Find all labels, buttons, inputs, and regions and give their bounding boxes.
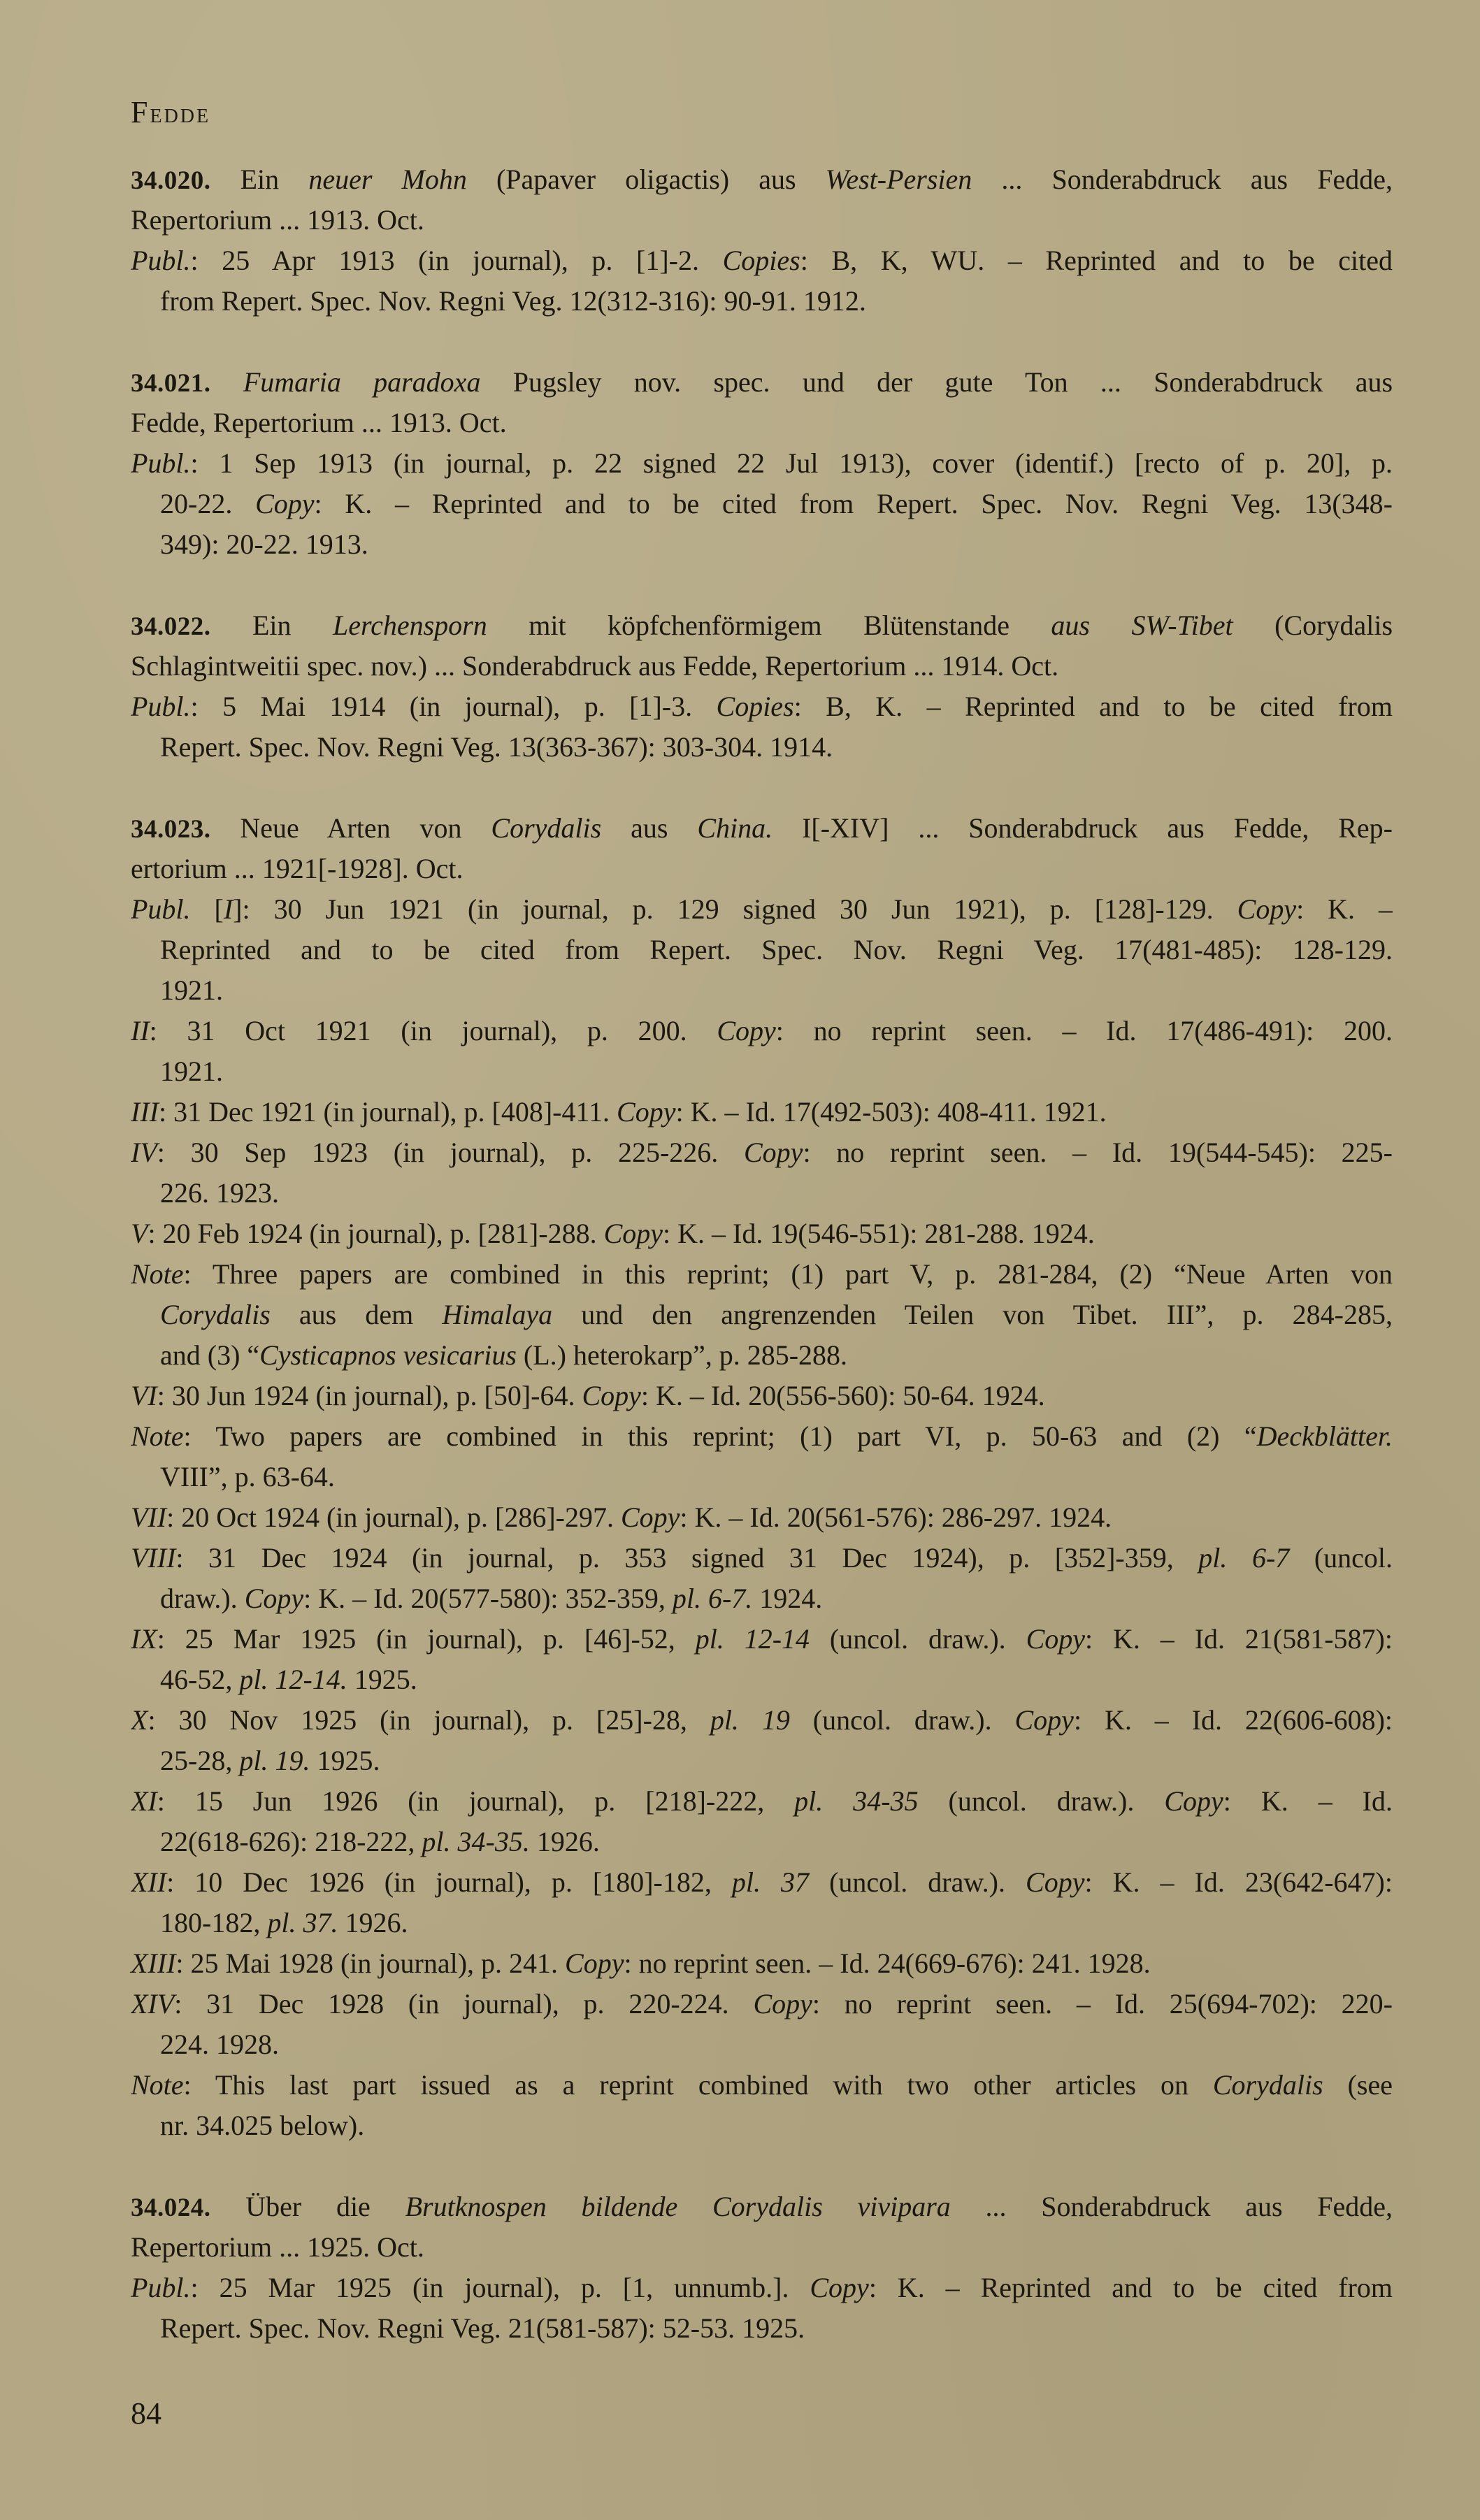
italic-text: Deckblätter. bbox=[1257, 1420, 1393, 1452]
italic-text: XI bbox=[131, 1785, 157, 1817]
text: : 5 Mai 1914 (in journal), p. [1]-3. bbox=[191, 691, 717, 722]
italic-text: Brutknospen bildende Corydalis vivipara bbox=[405, 2191, 951, 2222]
text: 1925. bbox=[347, 1664, 417, 1695]
text: (uncol. bbox=[1289, 1542, 1393, 1574]
italic-text: Copy bbox=[744, 1137, 803, 1168]
italic-text: neuer Mohn bbox=[308, 164, 467, 195]
text: mit köpfchenförmigem Blütenstande bbox=[487, 610, 1051, 641]
text-line: and (3) “Cysticapnos vesicarius (L.) het… bbox=[131, 1335, 1393, 1376]
text: Ein bbox=[211, 164, 309, 195]
text: 1924. bbox=[752, 1583, 822, 1614]
bibliography-entry: 34.022. Ein Lerchensporn mit köpfchenför… bbox=[131, 605, 1393, 768]
text: (uncol. draw.). bbox=[919, 1785, 1165, 1817]
text: : 30 Nov 1925 (in journal), p. [25]-28, bbox=[148, 1704, 710, 1736]
running-head-text: Fedde bbox=[131, 97, 210, 129]
text-line: Publ.: 25 Apr 1913 (in journal), p. [1]-… bbox=[131, 240, 1393, 281]
text-line: VII: 20 Oct 1924 (in journal), p. [286]-… bbox=[131, 1497, 1393, 1538]
text: ... Sonderabdruck aus Fedde, bbox=[951, 2191, 1393, 2222]
text: : Two papers are combined in this reprin… bbox=[184, 1420, 1257, 1452]
text: aus dem bbox=[271, 1299, 443, 1330]
bibliography-entry: 34.021. Fumaria paradoxa Pugsley nov. sp… bbox=[131, 362, 1393, 565]
text: Repertorium ... 1913. Oct. bbox=[131, 204, 424, 236]
italic-text: Lerchensporn bbox=[333, 610, 487, 641]
text: 226. 1923. bbox=[160, 1177, 279, 1209]
text-line: Corydalis aus dem Himalaya und den angre… bbox=[131, 1295, 1393, 1335]
italic-text: Publ. bbox=[131, 2272, 191, 2303]
text: 22(618-626): 218-222, bbox=[160, 1826, 422, 1857]
italic-text: IV bbox=[131, 1137, 157, 1168]
text: Pugsley nov. spec. und der gute Ton ... … bbox=[480, 366, 1393, 398]
italic-text: pl. 12-14. bbox=[239, 1664, 347, 1695]
text: : K. – Id. bbox=[1223, 1785, 1393, 1817]
text: 25-28, bbox=[160, 1745, 239, 1776]
italic-text: pl. 12-14 bbox=[696, 1623, 810, 1655]
italic-text: VII bbox=[131, 1502, 166, 1533]
text-line: III: 31 Dec 1921 (in journal), p. [408]-… bbox=[131, 1092, 1393, 1132]
text-line: 34.022. Ein Lerchensporn mit köpfchenför… bbox=[131, 605, 1393, 646]
italic-text: Copy bbox=[1026, 1623, 1085, 1655]
text: : K. – Reprinted and to be cited from bbox=[869, 2272, 1393, 2303]
text: : no reprint seen. – Id. 24(669-676): 24… bbox=[624, 1947, 1150, 1979]
text: 180-182, bbox=[160, 1907, 267, 1938]
italic-text: West-Persien bbox=[826, 164, 972, 195]
italic-text: I bbox=[224, 893, 233, 925]
text bbox=[211, 366, 243, 398]
text: (Papaver oligactis) aus bbox=[467, 164, 826, 195]
italic-text: Copy bbox=[1015, 1704, 1074, 1736]
italic-text: VIII bbox=[131, 1542, 175, 1574]
text: 1921. bbox=[160, 974, 223, 1006]
italic-text: VI bbox=[131, 1380, 157, 1411]
bibliography-entries: 34.020. Ein neuer Mohn (Papaver oligacti… bbox=[131, 159, 1393, 2389]
italic-text: Corydalis bbox=[491, 812, 601, 844]
text: : 31 Dec 1921 (in journal), p. [408]-411… bbox=[159, 1096, 617, 1128]
text: : 31 Dec 1924 (in journal, p. 353 signed… bbox=[175, 1542, 1198, 1574]
text-line: 46-52, pl. 12-14. 1925. bbox=[131, 1659, 1393, 1700]
italic-text: pl. 34-35. bbox=[422, 1826, 529, 1857]
text: Neue Arten von bbox=[211, 812, 491, 844]
text: Schlagintweitii spec. nov.) ... Sonderab… bbox=[131, 650, 1058, 682]
text: (Corydalis bbox=[1233, 610, 1393, 641]
text: und den angrenzenden Teilen von Tibet. I… bbox=[552, 1299, 1393, 1330]
text: 20-22. bbox=[160, 488, 255, 519]
text: aus bbox=[601, 812, 697, 844]
italic-text: Note bbox=[131, 1258, 184, 1290]
italic-text: pl. 19. bbox=[239, 1745, 310, 1776]
text: (uncol. draw.). bbox=[809, 1866, 1026, 1898]
text: : K. – bbox=[1296, 893, 1393, 925]
text-line: XII: 10 Dec 1926 (in journal), p. [180]-… bbox=[131, 1862, 1393, 1903]
italic-text: Copy bbox=[565, 1947, 624, 1979]
running-head: Fedde bbox=[131, 95, 210, 131]
text-line: Publ.: 1 Sep 1913 (in journal, p. 22 sig… bbox=[131, 443, 1393, 484]
text: : K. – Id. 21(581-587): bbox=[1085, 1623, 1393, 1655]
italic-text: pl. 37. bbox=[267, 1907, 338, 1938]
text-line: VI: 30 Jun 1924 (in journal), p. [50]-64… bbox=[131, 1376, 1393, 1416]
text-line: VIII: 31 Dec 1924 (in journal, p. 353 si… bbox=[131, 1538, 1393, 1578]
text-line: 1921. bbox=[131, 1051, 1393, 1092]
text: : 1 Sep 1913 (in journal, p. 22 signed 2… bbox=[191, 447, 1393, 479]
text: nr. 34.025 below). bbox=[160, 2110, 364, 2141]
text: : K. – Id. 20(556-560): 50-64. 1924. bbox=[641, 1380, 1045, 1411]
italic-text: Himalaya bbox=[442, 1299, 552, 1330]
text: Fedde, Repertorium ... 1913. Oct. bbox=[131, 407, 507, 438]
text-line: XI: 15 Jun 1926 (in journal), p. [218]-2… bbox=[131, 1781, 1393, 1822]
text: : K. – Id. 19(546-551): 281-288. 1924. bbox=[663, 1218, 1095, 1249]
text: Über die bbox=[211, 2191, 405, 2222]
text: : 25 Apr 1913 (in journal), p. [1]-2. bbox=[191, 245, 723, 276]
text: 1921. bbox=[160, 1056, 223, 1087]
text: : K. – Id. 17(492-503): 408-411. 1921. bbox=[675, 1096, 1106, 1128]
text-line: nr. 34.025 below). bbox=[131, 2105, 1393, 2146]
italic-text: Copy bbox=[245, 1583, 303, 1614]
entry-number: 34.023. bbox=[131, 815, 211, 844]
text-line: 224. 1928. bbox=[131, 2024, 1393, 2065]
italic-text: II bbox=[131, 1015, 150, 1046]
italic-text: pl. 6-7. bbox=[673, 1583, 752, 1614]
text: : 25 Mar 1925 (in journal), p. [46]-52, bbox=[157, 1623, 696, 1655]
text: : 15 Jun 1926 (in journal), p. [218]-222… bbox=[157, 1785, 794, 1817]
text: : K. – Id. 22(606-608): bbox=[1074, 1704, 1393, 1736]
italic-text: Copy bbox=[604, 1218, 663, 1249]
bibliography-entry: 34.023. Neue Arten von Corydalis aus Chi… bbox=[131, 808, 1393, 2146]
text-line: XIII: 25 Mai 1928 (in journal), p. 241. … bbox=[131, 1943, 1393, 1984]
text: 224. 1928. bbox=[160, 2029, 279, 2060]
entry-number: 34.020. bbox=[131, 166, 211, 195]
text-line: ertorium ... 1921[-1928]. Oct. bbox=[131, 849, 1393, 889]
text-line: IX: 25 Mar 1925 (in journal), p. [46]-52… bbox=[131, 1619, 1393, 1659]
text-line: 180-182, pl. 37. 1926. bbox=[131, 1903, 1393, 1943]
text: : K. – Id. 23(642-647): bbox=[1084, 1866, 1393, 1898]
text: : 10 Dec 1926 (in journal), p. [180]-182… bbox=[166, 1866, 732, 1898]
text: 46-52, bbox=[160, 1664, 239, 1695]
italic-text: Copy bbox=[810, 2272, 868, 2303]
italic-text: Copy bbox=[582, 1380, 640, 1411]
italic-text: pl. 6-7 bbox=[1198, 1542, 1289, 1574]
text-line: V: 20 Feb 1924 (in journal), p. [281]-28… bbox=[131, 1214, 1393, 1254]
text-line: Publ. [I]: 30 Jun 1921 (in journal, p. 1… bbox=[131, 889, 1393, 930]
italic-text: Copy bbox=[617, 1096, 675, 1128]
text: ertorium ... 1921[-1928]. Oct. bbox=[131, 853, 463, 884]
text: : K. – Id. 20(577-580): 352-359, bbox=[303, 1583, 673, 1614]
text: and (3) “ bbox=[160, 1339, 259, 1371]
text-line: 226. 1923. bbox=[131, 1173, 1393, 1214]
text: I[-XIV] ... Sonderabdruck aus Fedde, Rep… bbox=[773, 812, 1393, 844]
italic-text: aus SW-Tibet bbox=[1051, 610, 1233, 641]
text-line: 20-22. Copy: K. – Reprinted and to be ci… bbox=[131, 484, 1393, 524]
italic-text: pl. 19 bbox=[710, 1704, 790, 1736]
italic-text: Copies bbox=[717, 691, 794, 722]
italic-text: III bbox=[131, 1096, 159, 1128]
text: Reprinted and to be cited from Repert. S… bbox=[160, 934, 1393, 965]
italic-text: Copy bbox=[717, 1015, 775, 1046]
text: : Three papers are combined in this repr… bbox=[184, 1258, 1393, 1290]
text-line: Repertorium ... 1925. Oct. bbox=[131, 2227, 1393, 2268]
italic-text: pl. 37 bbox=[732, 1866, 809, 1898]
bibliography-entry: 34.020. Ein neuer Mohn (Papaver oligacti… bbox=[131, 159, 1393, 322]
text: : B, K, WU. – Reprinted and to be cited bbox=[800, 245, 1393, 276]
italic-text: Copy bbox=[1164, 1785, 1223, 1817]
text: : no reprint seen. – Id. 25(694-702): 22… bbox=[812, 1988, 1393, 2019]
text-line: Note: This last part issued as a reprint… bbox=[131, 2065, 1393, 2105]
text: draw.). bbox=[160, 1583, 245, 1614]
text-line: Note: Two papers are combined in this re… bbox=[131, 1416, 1393, 1457]
italic-text: China. bbox=[697, 812, 773, 844]
text: : 30 Sep 1923 (in journal), p. 225-226. bbox=[157, 1137, 744, 1168]
bibliography-entry: 34.024. Über die Brutknospen bildende Co… bbox=[131, 2187, 1393, 2349]
text-line: 34.024. Über die Brutknospen bildende Co… bbox=[131, 2187, 1393, 2227]
text: 349): 20-22. 1913. bbox=[160, 528, 368, 560]
text-line: Repert. Spec. Nov. Regni Veg. 13(363-367… bbox=[131, 727, 1393, 768]
text: (see bbox=[1323, 2069, 1393, 2101]
italic-text: Corydalis bbox=[160, 1299, 271, 1330]
text: (L.) heterokarp”, p. 285-288. bbox=[517, 1339, 847, 1371]
page-number: 84 bbox=[131, 2396, 161, 2431]
text-line: II: 31 Oct 1921 (in journal), p. 200. Co… bbox=[131, 1011, 1393, 1051]
text-line: Fedde, Repertorium ... 1913. Oct. bbox=[131, 403, 1393, 443]
text-line: XIV: 31 Dec 1928 (in journal), p. 220-22… bbox=[131, 1984, 1393, 2024]
text-line: 1921. bbox=[131, 970, 1393, 1011]
text: Repert. Spec. Nov. Regni Veg. 21(581-587… bbox=[160, 2312, 805, 2344]
text: 1926. bbox=[338, 1907, 408, 1938]
italic-text: XIV bbox=[131, 1988, 174, 2019]
text-line: Reprinted and to be cited from Repert. S… bbox=[131, 930, 1393, 970]
text-line: Repertorium ... 1913. Oct. bbox=[131, 200, 1393, 240]
italic-text: pl. 34-35 bbox=[794, 1785, 918, 1817]
italic-text: XII bbox=[131, 1866, 166, 1898]
text-line: 34.023. Neue Arten von Corydalis aus Chi… bbox=[131, 808, 1393, 849]
italic-text: Copy bbox=[255, 488, 314, 519]
italic-text: XIII bbox=[131, 1947, 175, 1979]
italic-text: Publ. bbox=[131, 893, 191, 925]
text: Ein bbox=[211, 610, 333, 641]
text-line: from Repert. Spec. Nov. Regni Veg. 12(31… bbox=[131, 281, 1393, 322]
text: : 25 Mar 1925 (in journal), p. [1, unnum… bbox=[191, 2272, 810, 2303]
text: (uncol. draw.). bbox=[790, 1704, 1015, 1736]
text: ]: 30 Jun 1921 (in journal, p. 129 signe… bbox=[233, 893, 1237, 925]
italic-text: V bbox=[131, 1218, 148, 1249]
text: : 31 Oct 1921 (in journal), p. 200. bbox=[150, 1015, 717, 1046]
text-line: Note: Three papers are combined in this … bbox=[131, 1254, 1393, 1295]
italic-text: Copy bbox=[621, 1502, 680, 1533]
text: 1926. bbox=[530, 1826, 600, 1857]
italic-text: Copies bbox=[723, 245, 800, 276]
italic-text: Publ. bbox=[131, 447, 191, 479]
text: : 20 Feb 1924 (in journal), p. [281]-288… bbox=[148, 1218, 603, 1249]
text-line: 34.020. Ein neuer Mohn (Papaver oligacti… bbox=[131, 159, 1393, 200]
text-line: Publ.: 5 Mai 1914 (in journal), p. [1]-3… bbox=[131, 686, 1393, 727]
text: 1925. bbox=[310, 1745, 380, 1776]
text: [ bbox=[191, 893, 224, 925]
italic-text: Fumaria paradoxa bbox=[243, 366, 481, 398]
entry-number: 34.021. bbox=[131, 369, 211, 398]
text-line: Publ.: 25 Mar 1925 (in journal), p. [1, … bbox=[131, 2268, 1393, 2308]
text-line: Schlagintweitii spec. nov.) ... Sonderab… bbox=[131, 646, 1393, 686]
text: from Repert. Spec. Nov. Regni Veg. 12(31… bbox=[160, 285, 866, 317]
text: : 30 Jun 1924 (in journal), p. [50]-64. bbox=[157, 1380, 582, 1411]
text: (uncol. draw.). bbox=[810, 1623, 1026, 1655]
text: : B, K. – Reprinted and to be cited from bbox=[794, 691, 1393, 722]
text-line: draw.). Copy: K. – Id. 20(577-580): 352-… bbox=[131, 1578, 1393, 1619]
text-line: VIII”, p. 63-64. bbox=[131, 1457, 1393, 1497]
italic-text: Note bbox=[131, 2069, 184, 2101]
text-line: 25-28, pl. 19. 1925. bbox=[131, 1741, 1393, 1781]
text-line: 349): 20-22. 1913. bbox=[131, 524, 1393, 565]
text: : 20 Oct 1924 (in journal), p. [286]-297… bbox=[166, 1502, 621, 1533]
italic-text: Cysticapnos vesicarius bbox=[259, 1339, 517, 1371]
text: : 31 Dec 1928 (in journal), p. 220-224. bbox=[174, 1988, 753, 2019]
italic-text: X bbox=[131, 1704, 148, 1736]
text-line: IV: 30 Sep 1923 (in journal), p. 225-226… bbox=[131, 1132, 1393, 1173]
text: Repertorium ... 1925. Oct. bbox=[131, 2231, 424, 2263]
text-line: 22(618-626): 218-222, pl. 34-35. 1926. bbox=[131, 1822, 1393, 1862]
italic-text: Publ. bbox=[131, 245, 191, 276]
text: : no reprint seen. – Id. 19(544-545): 22… bbox=[803, 1137, 1393, 1168]
text: : This last part issued as a reprint com… bbox=[184, 2069, 1213, 2101]
text: : K. – Id. 20(561-576): 286-297. 1924. bbox=[680, 1502, 1112, 1533]
entry-number: 34.024. bbox=[131, 2194, 211, 2222]
italic-text: Corydalis bbox=[1213, 2069, 1323, 2101]
italic-text: Copy bbox=[1237, 893, 1296, 925]
text: VIII”, p. 63-64. bbox=[160, 1461, 335, 1492]
italic-text: Note bbox=[131, 1420, 184, 1452]
text: : K. – Reprinted and to be cited from Re… bbox=[315, 488, 1393, 519]
text-line: Repert. Spec. Nov. Regni Veg. 21(581-587… bbox=[131, 2308, 1393, 2349]
text-line: 34.021. Fumaria paradoxa Pugsley nov. sp… bbox=[131, 362, 1393, 403]
text: : 25 Mai 1928 (in journal), p. 241. bbox=[175, 1947, 565, 1979]
italic-text: IX bbox=[131, 1623, 157, 1655]
text-line: X: 30 Nov 1925 (in journal), p. [25]-28,… bbox=[131, 1700, 1393, 1741]
text: Repert. Spec. Nov. Regni Veg. 13(363-367… bbox=[160, 731, 833, 763]
entry-number: 34.022. bbox=[131, 612, 211, 641]
text: : no reprint seen. – Id. 17(486-491): 20… bbox=[776, 1015, 1393, 1046]
italic-text: Copy bbox=[753, 1988, 812, 2019]
italic-text: Copy bbox=[1026, 1866, 1084, 1898]
text: ... Sonderabdruck aus Fedde, bbox=[972, 164, 1393, 195]
italic-text: Publ. bbox=[131, 691, 191, 722]
